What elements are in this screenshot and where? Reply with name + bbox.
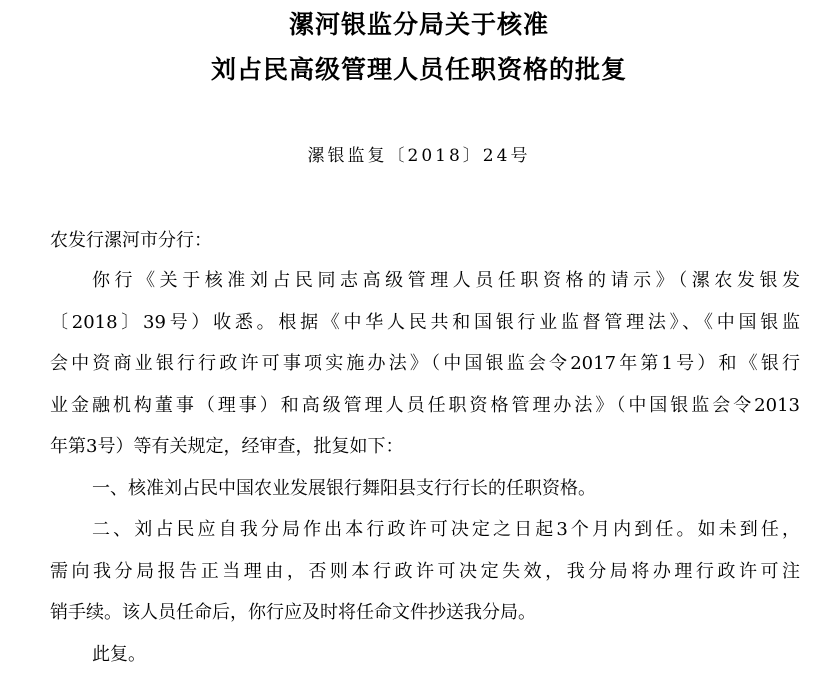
paragraph-1-line-1: 你行《关于核准刘占民同志高级管理人员任职资格的请示》（漯农发银发 [92, 268, 800, 294]
document-title-line-2: 刘占民高级管理人员任职资格的批复 [0, 55, 838, 85]
paragraph-1-line-5: 年第3号）等有关规定，经审查，批复如下： [50, 434, 800, 460]
closing-remark: 此复。 [92, 642, 800, 668]
paragraph-1-line-2: 〔2018〕39号）收悉。根据《中华人民共和国银行业监督管理法》、《中国银监 [50, 310, 800, 336]
paragraph-3-line-2: 需向我分局报告正当理由，否则本行政许可决定失效，我分局将办理行政许可注 [50, 559, 800, 585]
paragraph-1-line-4: 业金融机构董事（理事）和高级管理人员任职资格管理办法》（中国银监会令2013 [50, 393, 800, 419]
paragraph-3-line-3: 销手续。该人员任命后，你行应及时将任命文件抄送我分局。 [50, 600, 800, 626]
paragraph-2-line-1: 一、核准刘占民中国农业发展银行舞阳县支行行长的任职资格。 [92, 476, 800, 502]
paragraph-3-line-1: 二、刘占民应自我分局作出本行政许可决定之日起3个月内到任。如未到任， [92, 517, 800, 543]
paragraph-1-line-3: 会中资商业银行行政许可事项实施办法》（中国银监会令2017年第1号）和《银行 [50, 351, 800, 377]
document-title-line-1: 漯河银监分局关于核准 [0, 10, 838, 40]
salutation: 农发行漯河市分行： [50, 228, 800, 254]
document-number: 漯银监复〔2018〕24号 [0, 144, 838, 168]
